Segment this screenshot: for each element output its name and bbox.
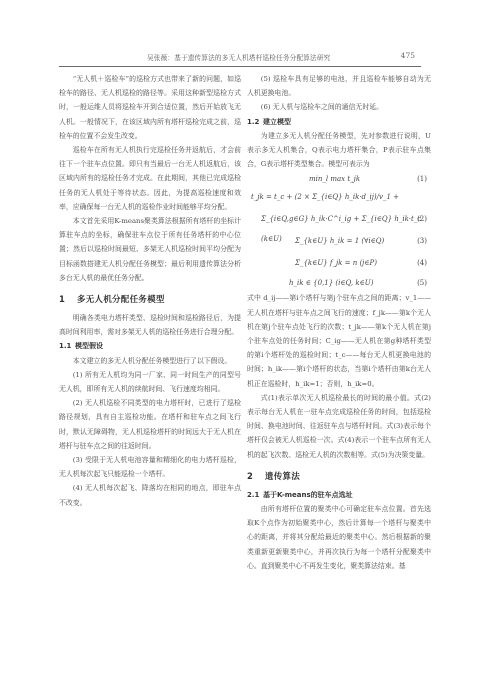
- assumption-item: (4) 无人机每次起飞、降落均在相同的地点，即驻车点不改变。: [59, 481, 241, 509]
- equation-number: (4): [417, 253, 427, 273]
- subsection-title: 建立模型: [263, 118, 291, 126]
- equation-5: h_ik ∈ {0,1} (i∈Q, k∈U) (5): [247, 275, 431, 291]
- paragraph: “无人机＋巡检车”的巡检方式也带来了新的问题，如巡检车的路径、无人机巡检的路径等…: [59, 72, 241, 143]
- section-number: 1: [59, 292, 77, 306]
- equation-body: min_l max t_jk: [309, 171, 360, 187]
- equation-3: Σ_{k∈U} h_ik = 1 (∀i∈Q) (3): [247, 231, 431, 253]
- equation-number: (1): [417, 171, 427, 187]
- equation-2a: t_jk = t_c + (2 × Σ_{i∈Q} h_ik·d_ij)/v_1…: [247, 187, 431, 209]
- section-number: 2: [247, 469, 265, 483]
- right-column: (5) 巡检车具有足够的电池，并且巡检车能够自动为无人机更换电池。 (6) 无人…: [247, 72, 431, 573]
- subsection-heading-2-1: 2.1基于K-means的驻车点选址: [247, 488, 431, 502]
- equation-body: h_ik ∈ {0,1} (i∈Q, k∈U): [289, 275, 373, 291]
- equation-number: (3): [417, 231, 427, 251]
- section-title: 遗传算法: [265, 471, 300, 481]
- equation-number: (5): [417, 275, 427, 291]
- equation-body: Σ_{k∈U} f_jk = n (j∈P): [295, 253, 377, 273]
- running-header: 吴张薇：基于遗传算法的多无人机塔杆巡检任务分配算法研究 475: [59, 50, 421, 67]
- section-heading-1: 1多无人机分配任务模型: [59, 292, 241, 306]
- section-heading-2: 2遗传算法: [247, 469, 431, 483]
- page-number: 475: [401, 51, 415, 60]
- equation-number: (2): [417, 209, 427, 229]
- equation-4: Σ_{k∈U} f_jk = n (j∈P) (4): [247, 253, 431, 275]
- variable-definitions: 式中 d_ij——第i个塔杆与第j个驻车点之间的距离；v_1——无人机在塔杆与驻…: [247, 291, 431, 390]
- assumption-item: (1) 所有无人机均为同一厂家、同一时间生产的同型号无人机，即所有无人机的续航时…: [59, 368, 241, 396]
- subsection-number: 2.1: [247, 488, 263, 502]
- subsection-number: 1.1: [59, 339, 75, 353]
- paragraph: 本文首先采用K-means聚类算法根据所有塔杆的坐标计算驻车点的坐标，确保驻车点…: [59, 214, 241, 285]
- paragraph: 明确各类电力塔杆类型、巡检时间和巡检路径后，为提高时间利用率，需对多架无人机的巡…: [59, 311, 241, 339]
- paragraph: 巡检车在所有无人机执行完巡检任务并返航后，才会前往下一个驻车点位置。即只有当最后…: [59, 143, 241, 214]
- equation-1: min_l max t_jk (1): [247, 171, 431, 187]
- paragraph: 为建立多无人机分配任务模型，先对参数进行说明，U表示多无人机集合，Q表示电力塔杆…: [247, 129, 431, 172]
- section-title: 多无人机分配任务模型: [77, 294, 165, 304]
- assumption-item: (3) 受限于无人机电池容量和精细化的电力塔杆巡检，无人机每次起飞只能巡检一个塔…: [59, 453, 241, 481]
- assumption-item: (5) 巡检车具有足够的电池，并且巡检车能够自动为无人机更换电池。: [247, 72, 431, 100]
- left-column: “无人机＋巡检车”的巡检方式也带来了新的问题，如巡检车的路径、无人机巡检的路径等…: [59, 72, 241, 510]
- equation-body: Σ_{k∈U} h_ik = 1 (∀i∈Q): [295, 231, 384, 251]
- subsection-title: 基于K-means的驻车点选址: [263, 491, 353, 499]
- subsection-title: 模型假设: [75, 342, 103, 350]
- subsection-number: 1.2: [247, 115, 263, 129]
- subsection-heading-1-1: 1.1模型假设: [59, 339, 241, 353]
- running-title: 吴张薇：基于遗传算法的多无人机塔杆巡检任务分配算法研究: [147, 52, 330, 62]
- subsection-heading-1-2: 1.2建立模型: [247, 115, 431, 129]
- assumption-item: (6) 无人机与巡检车之间的通信无时延。: [247, 100, 431, 114]
- paragraph: 本文建立的多无人机分配任务模型进行了以下假设。: [59, 354, 241, 368]
- paragraph: 式(1)表示单次无人机巡检最长的时间的最小值。式(2)表示每台无人机在一驻车点完…: [247, 391, 431, 462]
- equation-body: t_jk = t_c + (2 × Σ_{i∈Q} h_ik·d_ij)/v_1…: [251, 187, 399, 207]
- equation-2b: Σ_{i∈Q,g∈G} h_ik·C^i_ig + Σ_{i∈Q} h_ik·t…: [247, 209, 431, 231]
- paragraph: 由所有塔杆位置的聚类中心可确定驻车点位置。首先选取K个点作为初始聚类中心，然后计…: [247, 502, 431, 573]
- assumption-item: (2) 无人机巡检不同类型的电力塔杆时，已进行了巡检路径规划，具有自主巡检功能。…: [59, 396, 241, 453]
